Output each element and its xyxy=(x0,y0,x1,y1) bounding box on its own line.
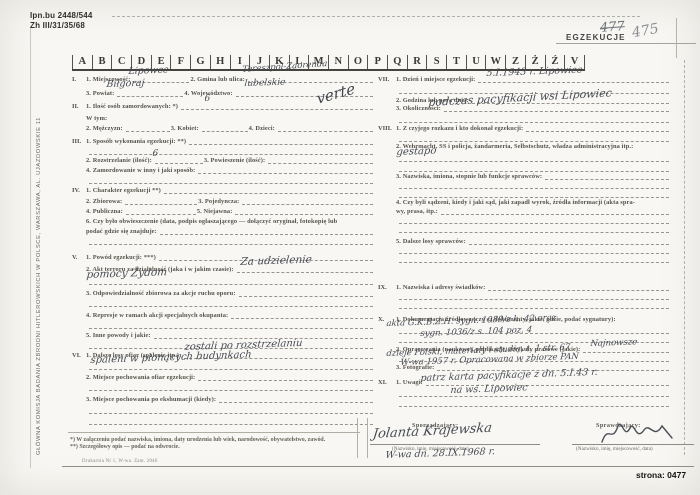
section-numeral: I. xyxy=(72,76,86,84)
field-miejsce-pochowania-label: 2. Miejsce pochowania ofiar egzekucji: xyxy=(86,374,195,382)
fill-line xyxy=(399,293,669,300)
field-nazwiska-sprawcow-label: 3. Nazwiska, imiona, stopnie lub funkcje… xyxy=(396,173,542,181)
signature-line xyxy=(370,444,540,445)
handwriting-miejscowosc: Lipowce xyxy=(128,66,169,77)
field-niejawna-label: 5. Niejawna: xyxy=(197,208,233,216)
fill-line xyxy=(239,290,373,297)
field-publiczna-label: 4. Publiczna: xyxy=(86,208,123,216)
signature-line xyxy=(572,444,694,445)
fill-line xyxy=(399,116,669,123)
field-rozkaz-label: 1. Z czyjego rozkazu i kto dokonał egzek… xyxy=(396,125,523,133)
fill-line xyxy=(399,302,669,309)
section-numeral: VI. xyxy=(72,352,86,360)
fill-line xyxy=(89,407,373,414)
field-ekshumacja-label: 3. Miejsce pochowania po ekshumacji (kie… xyxy=(86,396,216,404)
archive-ref-line1: Ipn.bu 2448/544 xyxy=(30,11,93,21)
fill-line xyxy=(399,182,669,189)
fill-line xyxy=(399,247,669,254)
alphabet-letter: S xyxy=(427,55,447,69)
field-obwieszczenie-label-2: podać gdzie się znajduje: xyxy=(86,228,157,236)
fill-line xyxy=(89,177,373,184)
section-numeral: III. xyxy=(72,138,86,146)
alphabet-letter: O xyxy=(349,55,369,69)
fill-line xyxy=(89,300,373,307)
fill-line xyxy=(526,125,669,132)
field-powiat-label: 3. Powiat: xyxy=(86,90,114,98)
alphabet-letter: P xyxy=(368,55,388,69)
fill-line xyxy=(399,400,669,407)
fill-line xyxy=(219,396,373,403)
fill-line xyxy=(89,418,373,425)
fill-line xyxy=(399,155,669,162)
fill-line xyxy=(89,238,373,245)
fill-line xyxy=(488,284,669,291)
field-kobiet-label: 3. Kobiet: xyxy=(171,125,199,133)
alphabet-letter: B xyxy=(93,55,113,69)
footnotes-block: *) W załączeniu podać nazwiska, imiona, … xyxy=(70,437,358,451)
fill-line xyxy=(198,374,373,381)
field-dzien-miejsce-label: 1. Dzień i miejsce egzekucji: xyxy=(396,76,475,84)
alphabet-letter: F xyxy=(171,55,191,69)
fill-line xyxy=(126,125,170,132)
field-pojedyncza-label: 3. Pojedyncza: xyxy=(198,198,239,206)
handwriting-wykonawcy: gestapo xyxy=(396,147,437,158)
handwriting-powod-line2: pomocy Żydom xyxy=(86,267,168,280)
fill-line xyxy=(242,198,373,205)
fill-line xyxy=(399,226,669,233)
section-numeral: VII. xyxy=(378,76,396,84)
handwriting-ilosc-osob: 6 xyxy=(204,95,211,104)
field-obwieszczenie-label-1: 6. Czy było obwieszczenie (data, podpis … xyxy=(86,218,337,226)
alphabet-letter: Q xyxy=(388,55,408,69)
alphabet-letter: U xyxy=(467,55,487,69)
preparer-date-handwriting: W-wa dn. 28.IX.1968 r. xyxy=(385,447,495,460)
right-column-border xyxy=(684,60,685,455)
page-number-footer: strona: 0477 xyxy=(636,470,686,480)
field-swiadkowie-label: 1. Nazwiska i adresy świadków: xyxy=(396,284,485,292)
alphabet-letter: R xyxy=(408,55,428,69)
field-charakter-label: 1. Charakter egzekucji **) xyxy=(86,187,161,195)
footnote-separator-line xyxy=(68,432,360,433)
form-right-column: VII.1. Dzień i miejsce egzekucji: 2. God… xyxy=(378,72,670,437)
field-gmina-label: 2. Gmina lub ulica: xyxy=(190,76,244,84)
fill-line xyxy=(89,148,373,155)
fill-line xyxy=(189,138,373,145)
section-numeral: XI. xyxy=(378,379,396,387)
separator-line xyxy=(367,418,368,458)
fill-line xyxy=(89,384,373,391)
fill-line xyxy=(155,157,203,164)
alphabet-letter: G xyxy=(191,55,211,69)
field-zamordowanie-label: 4. Zamordowanie w inny i jaki sposób: xyxy=(86,167,195,175)
fill-line xyxy=(202,125,248,132)
field-sposob-label: 1. Sposób wykonania egzekucji: **) xyxy=(86,138,186,146)
bottom-rule xyxy=(62,466,694,467)
fill-line xyxy=(89,322,373,329)
field-rozstrzelanie-label: 2. Rozstrzelanie (ilość): xyxy=(86,157,152,165)
fill-line xyxy=(181,103,373,110)
section-numeral: IV. xyxy=(72,187,86,195)
form-left-column: I.1. Miejscowość:2. Gmina lub ulica: 3. … xyxy=(72,72,374,437)
footnote-2: **) Szczegółowy opis — podać na odwrocie… xyxy=(70,444,358,451)
field-powod-label: 1. Powód egzekucji: ***) xyxy=(86,254,156,262)
fill-line xyxy=(399,217,669,224)
section-numeral: V. xyxy=(72,254,86,262)
institution-vertical-text: GŁÓWNA KOMISJA BADANIA ZBRODNI HITLEROWS… xyxy=(36,55,42,455)
handwriting-rozstrzelanie-ilosc: 6 xyxy=(152,150,159,159)
archive-reference: Ipn.bu 2448/544 Zh III/31/35/68 xyxy=(30,11,93,30)
field-uwagi-label: 1. Uwagi: xyxy=(396,379,423,387)
fill-line xyxy=(198,167,373,174)
verifier-caption: (Nazwisko, imię, miejscowość, data) xyxy=(576,446,653,452)
verifier-signature xyxy=(598,420,678,446)
field-inne-powody-label: 5. Inne powody i jakie: xyxy=(86,332,151,340)
field-odpowiedzialnosc-label: 3. Odpowiedzialność zbiorowa za akcje ru… xyxy=(86,290,236,298)
page-corner-line xyxy=(676,18,677,58)
handwriting-wojewodztwo: lubelskie xyxy=(244,79,286,89)
fill-line xyxy=(278,125,373,132)
fill-line xyxy=(231,312,373,319)
alphabet-letter: T xyxy=(447,55,467,69)
field-sadzeni-label-1: 4. Czy byli sądzeni, kiedy i jaki sąd, j… xyxy=(396,199,635,207)
field-sadzeni-label-2: wy, prasa, itp.: xyxy=(396,208,438,216)
field-ilosc-label: 1. Ilość osób zamordowanych: *) xyxy=(86,103,178,111)
handwriting-powiat: Biłgoraj xyxy=(106,79,145,90)
handwriting-powod-line1: Za udzielenie xyxy=(240,254,312,267)
archive-ref-line2: Zh III/31/35/68 xyxy=(30,21,93,31)
scanned-form-page: Ipn.bu 2448/544 Zh III/31/35/68 477 475 … xyxy=(0,0,700,495)
fill-line xyxy=(469,238,669,245)
alphabet-letter: A xyxy=(72,55,93,69)
alphabet-letter: H xyxy=(211,55,231,69)
egzekucje-stamp: EGZEKUCJE xyxy=(566,33,626,42)
field-dzieci-label: 4. Dzieci: xyxy=(249,125,275,133)
fill-line xyxy=(126,208,196,215)
wtym-label: W tym: xyxy=(86,115,107,123)
fill-line xyxy=(399,165,669,172)
printing-house-line: Drukarnia Nr 1, W-wa. Zam. 2046 xyxy=(82,459,158,464)
fill-line xyxy=(399,135,669,142)
fill-line xyxy=(441,208,669,215)
section-numeral: VIII. xyxy=(378,125,396,133)
new-page-number: 475 xyxy=(631,21,660,41)
field-losy-sprawcow-label: 5. Dalsze losy sprawców: xyxy=(396,238,466,246)
fill-line xyxy=(235,208,373,215)
section-numeral: II. xyxy=(72,103,86,111)
fill-line xyxy=(399,256,669,263)
handwriting-uwagi-line2: na wś. Lipowiec xyxy=(450,383,528,395)
fill-line xyxy=(399,191,669,198)
scan-scratch-line xyxy=(112,16,640,17)
fill-line xyxy=(125,198,197,205)
fill-line xyxy=(399,390,669,397)
handwriting-opracowania-line1: Najnowsze xyxy=(590,338,638,348)
field-powieszenie-label: 3. Powieszenie (ilość): xyxy=(204,157,265,165)
field-mezczyzn-label: 2. Mężczyzn: xyxy=(86,125,123,133)
field-zbiorowa-label: 2. Zbiorowa: xyxy=(86,198,122,206)
fill-line xyxy=(545,173,669,180)
fill-line xyxy=(160,228,373,235)
fill-line xyxy=(268,157,373,164)
section-numeral: IX. xyxy=(378,284,396,292)
separator-line xyxy=(357,418,358,458)
fill-line xyxy=(164,187,373,194)
alphabet-letter: N xyxy=(329,55,349,69)
field-represje-label: 4. Represje w ramach akcji specjalnych o… xyxy=(86,312,228,320)
page-fold-line xyxy=(30,28,31,468)
fill-line xyxy=(154,332,373,339)
stamp-underline xyxy=(556,43,696,44)
fill-line xyxy=(117,90,183,97)
